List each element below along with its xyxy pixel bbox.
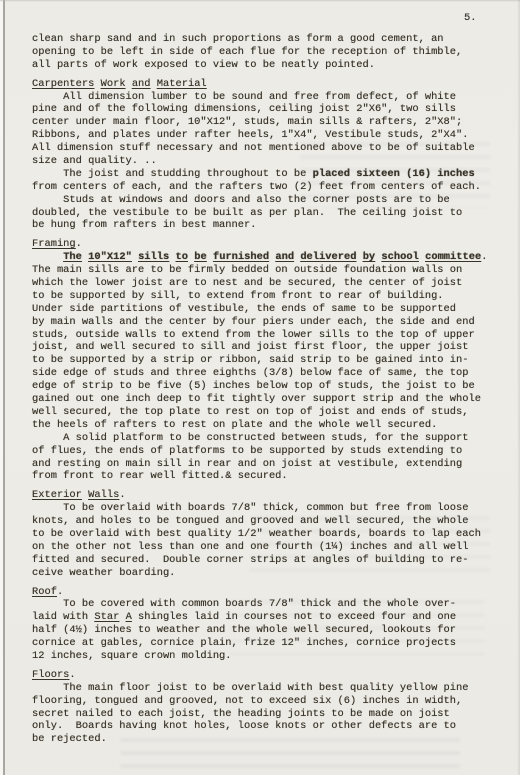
- paragraph: The main floor joist to be overlaid with…: [32, 682, 494, 746]
- document-line: laid with Star A shingles laid in course…: [32, 611, 494, 624]
- document-line: Exterior Walls.: [32, 489, 494, 502]
- paragraph: clean sharp sand and in such proportions…: [32, 33, 494, 72]
- document-line: from centers of each, and the rafters tw…: [32, 181, 494, 194]
- document-line: flooring, tongued and grooved, not to ex…: [32, 695, 494, 708]
- document-line: well secured, the top plate to rest on t…: [32, 406, 494, 419]
- scan-edge-top: [0, 0, 520, 2]
- document-line: the heels of rafters to rest on plate an…: [32, 419, 494, 432]
- document-page: 5. clean sharp sand and in such proporti…: [0, 0, 520, 775]
- document-line: cornice at gables, cornice plain, frize …: [32, 637, 494, 650]
- document-line: be hung from rafters in best manner.: [32, 219, 494, 232]
- document-line: secret nailed to each joist, the heading…: [32, 708, 494, 721]
- document-line: to be overlaid with best quality 1/2" we…: [32, 528, 494, 541]
- paragraph: A solid platform to be constructed betwe…: [32, 432, 494, 484]
- document-line: A solid platform to be constructed betwe…: [32, 432, 494, 445]
- document-line: size and quality. ..: [32, 155, 494, 168]
- document-line: fitted and secured. Double corner strips…: [32, 554, 494, 567]
- document-line: Framing.: [32, 238, 494, 251]
- document-line: only. Boards having knot holes, loose kn…: [32, 720, 494, 733]
- document-line: studs, outside walls to extend from the …: [32, 329, 494, 342]
- paragraph: The 10"X12" sills to be furnished and de…: [32, 251, 494, 431]
- document-line: The main floor joist to be overlaid with…: [32, 682, 494, 695]
- document-line: half (4½) inches to weather and the whol…: [32, 624, 494, 637]
- document-line: All dimension stuff necessary and not me…: [32, 142, 494, 155]
- section-heading: Carpenters Work and Material: [32, 78, 494, 91]
- document-line: joist, and well secured to sill and jois…: [32, 341, 494, 354]
- document-content: clean sharp sand and in such proportions…: [32, 33, 494, 746]
- document-line: Roof.: [32, 586, 494, 599]
- document-line: gained out one inch deep to fit tightly …: [32, 393, 494, 406]
- paragraph: To be covered with common boards 7/8" th…: [32, 598, 494, 662]
- document-line: all parts of work exposed to view to be …: [32, 59, 494, 72]
- document-line: The main sills are to be firmly bedded o…: [32, 264, 494, 277]
- document-line: All dimension lumber to be sound and fre…: [32, 91, 494, 104]
- document-line: of flues, the ends of platforms to be su…: [32, 445, 494, 458]
- document-line: Floors.: [32, 669, 494, 682]
- document-line: To be covered with common boards 7/8" th…: [32, 598, 494, 611]
- document-line: edge of strip to be five (5) inches belo…: [32, 380, 494, 393]
- document-line: to be supported by a strip or ribbon, sa…: [32, 354, 494, 367]
- scan-edge-line: [3, 0, 5, 775]
- document-line: center under main floor, 10"X12", studs,…: [32, 116, 494, 129]
- document-line: ceive weather boarding.: [32, 567, 494, 580]
- document-line: To be overlaid with boards 7/8" thick, c…: [32, 502, 494, 515]
- document-line: pine and of the following dimensions, ce…: [32, 103, 494, 116]
- page-number: 5.: [464, 12, 477, 24]
- document-line: The joist and studding throughout to be …: [32, 168, 494, 181]
- document-line: to be supported by sill, to extend from …: [32, 290, 494, 303]
- document-line: by main walls and the center by four pie…: [32, 316, 494, 329]
- document-line: doubled, the vestibule to be built as pe…: [32, 207, 494, 220]
- document-line: side edge of studs and three eighths (3/…: [32, 367, 494, 380]
- document-line: Under side partitions of vestibule, the …: [32, 303, 494, 316]
- document-line: opening to be left in side of each flue …: [32, 46, 494, 59]
- document-line: from front to rear well fitted.& secured…: [32, 470, 494, 483]
- section-heading: Floors.: [32, 669, 494, 682]
- paragraph: The joist and studding throughout to be …: [32, 168, 494, 194]
- section-heading: Framing.: [32, 238, 494, 251]
- paragraph: All dimension lumber to be sound and fre…: [32, 91, 494, 168]
- paragraph: Studs at windows and doors and also the …: [32, 194, 494, 233]
- document-line: Studs at windows and doors and also the …: [32, 194, 494, 207]
- document-line: which the lower joist are to nest and be…: [32, 277, 494, 290]
- document-line: 12 inches, square crown molding.: [32, 650, 494, 663]
- document-line: knots, and holes to be tongued and groov…: [32, 515, 494, 528]
- document-line: The 10"X12" sills to be furnished and de…: [32, 251, 494, 264]
- document-line: clean sharp sand and in such proportions…: [32, 33, 494, 46]
- document-line: on the other not less than one and one f…: [32, 541, 494, 554]
- section-heading: Roof.: [32, 586, 494, 599]
- document-line: Ribbons, and plates under rafter heels, …: [32, 129, 494, 142]
- section-heading: Exterior Walls.: [32, 489, 494, 502]
- document-line: Carpenters Work and Material: [32, 78, 494, 91]
- paragraph: To be overlaid with boards 7/8" thick, c…: [32, 502, 494, 579]
- document-line: and resting on main sill in rear and on …: [32, 458, 494, 471]
- document-line: be rejected.: [32, 733, 494, 746]
